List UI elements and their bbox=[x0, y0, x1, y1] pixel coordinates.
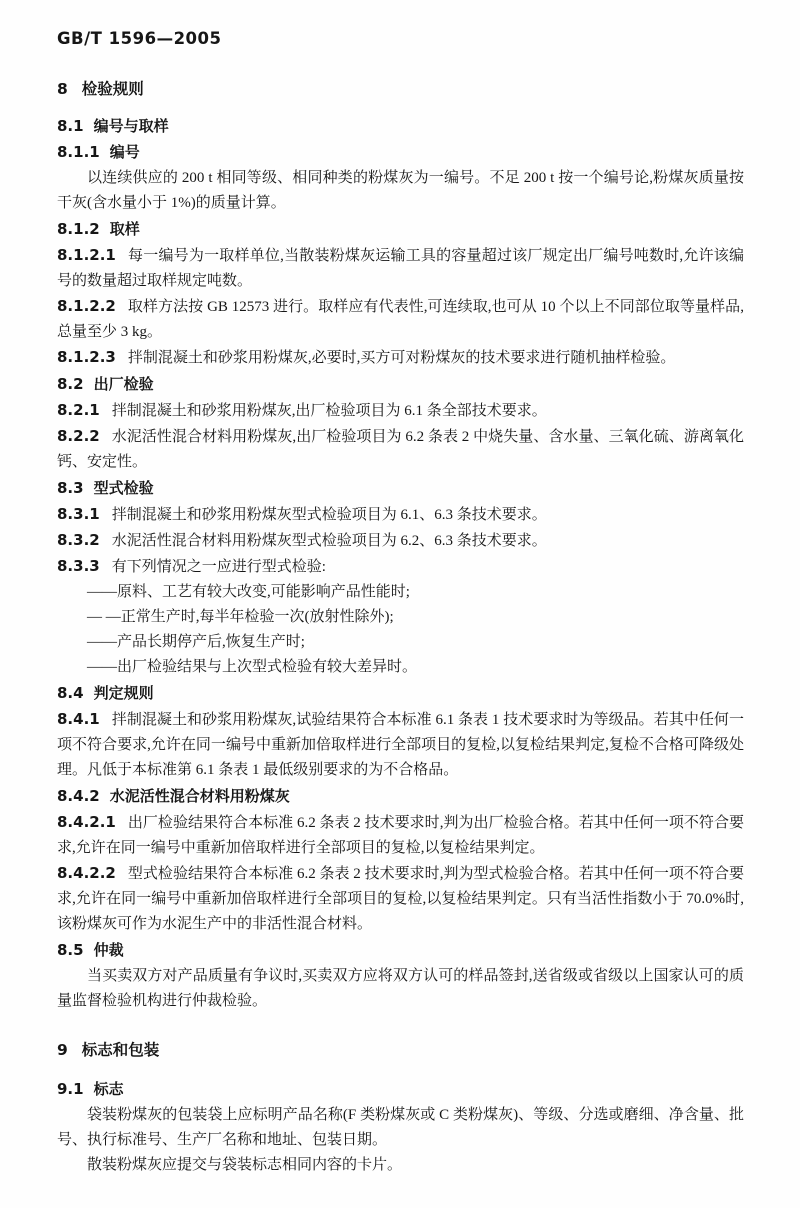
heading-chapter-8: 8检验规则 bbox=[57, 77, 744, 102]
heading-8-5: 8.5仲裁 bbox=[57, 938, 744, 963]
heading-8-5-num: 8.5 bbox=[57, 941, 84, 959]
heading-chapter-8-num: 8 bbox=[57, 80, 68, 98]
heading-chapter-9-num: 9 bbox=[57, 1041, 68, 1059]
clause-8-4-2-2-text: 型式检验结果符合本标准 6.2 条表 2 技术要求时,判为型式检验合格。若其中任… bbox=[57, 866, 744, 932]
clause-8-1-2-3-text: 拌制混凝土和砂浆用粉煤灰,必要时,买方可对粉煤灰的技术要求进行随机抽样检验。 bbox=[128, 350, 676, 366]
paragraph-8-1-1: 以连续供应的 200 t 相同等级、相同种类的粉煤灰为一编号。不足 200 t … bbox=[57, 166, 744, 216]
heading-8-1-num: 8.1 bbox=[57, 117, 84, 135]
heading-8-4-2: 8.4.2水泥活性混合材料用粉煤灰 bbox=[57, 784, 744, 809]
heading-chapter-8-title: 检验规则 bbox=[82, 80, 144, 98]
standard-number: GB/T 1596—2005 bbox=[57, 26, 744, 51]
clause-8-4-1-num: 8.4.1 bbox=[57, 710, 100, 728]
clause-8-3-3-num: 8.3.3 bbox=[57, 557, 100, 575]
heading-8-1: 8.1编号与取样 bbox=[57, 114, 744, 139]
clause-8-3-3: 8.3.3有下列情况之一应进行型式检验: bbox=[57, 554, 744, 580]
clause-8-2-2: 8.2.2水泥活性混合材料用粉煤灰,出厂检验项目为 6.2 条表 2 中烧失量、… bbox=[57, 424, 744, 475]
clause-8-3-1-num: 8.3.1 bbox=[57, 505, 100, 523]
clause-8-4-2-1-num: 8.4.2.1 bbox=[57, 813, 116, 831]
heading-chapter-9: 9标志和包装 bbox=[57, 1038, 744, 1063]
heading-8-1-1: 8.1.1编号 bbox=[57, 140, 744, 165]
heading-9-1: 9.1标志 bbox=[57, 1077, 744, 1102]
clause-8-1-2-2-num: 8.1.2.2 bbox=[57, 297, 116, 315]
heading-8-1-2-num: 8.1.2 bbox=[57, 220, 100, 238]
clause-8-1-2-2-text: 取样方法按 GB 12573 进行。取样应有代表性,可连续取,也可从 10 个以… bbox=[57, 299, 744, 340]
clause-8-4-1: 8.4.1拌制混凝土和砂浆用粉煤灰,试验结果符合本标准 6.1 条表 1 技术要… bbox=[57, 707, 744, 783]
heading-8-5-title: 仲裁 bbox=[94, 941, 124, 959]
paragraph-9-1-bagged: 袋装粉煤灰的包装袋上应标明产品名称(F 类粉煤灰或 C 类粉煤灰)、等级、分选或… bbox=[57, 1103, 744, 1153]
clause-8-3-3-text: 有下列情况之一应进行型式检验: bbox=[112, 559, 326, 575]
heading-9-1-title: 标志 bbox=[94, 1080, 124, 1098]
clause-8-1-2-1-text: 每一编号为一取样单位,当散装粉煤灰运输工具的容量超过该厂规定出厂编号吨数时,允许… bbox=[57, 248, 744, 289]
clause-8-4-2-1-text: 出厂检验结果符合本标准 6.2 条表 2 技术要求时,判为出厂检验合格。若其中任… bbox=[57, 815, 744, 856]
clause-8-4-2-2-num: 8.4.2.2 bbox=[57, 864, 116, 882]
clause-8-1-2-3-num: 8.1.2.3 bbox=[57, 348, 116, 366]
heading-8-3-title: 型式检验 bbox=[94, 479, 154, 497]
heading-8-2-title: 出厂检验 bbox=[94, 375, 154, 393]
clause-8-2-1-num: 8.2.1 bbox=[57, 401, 100, 419]
clause-8-4-2-2: 8.4.2.2型式检验结果符合本标准 6.2 条表 2 技术要求时,判为型式检验… bbox=[57, 861, 744, 937]
heading-chapter-9-title: 标志和包装 bbox=[82, 1041, 160, 1059]
clause-8-4-1-text: 拌制混凝土和砂浆用粉煤灰,试验结果符合本标准 6.1 条表 1 技术要求时为等级… bbox=[57, 712, 744, 778]
paragraph-9-1-bulk: 散装粉煤灰应提交与袋装标志相同内容的卡片。 bbox=[57, 1153, 744, 1178]
clause-8-2-1-text: 拌制混凝土和砂浆用粉煤灰,出厂检验项目为 6.1 条全部技术要求。 bbox=[112, 403, 547, 419]
type-test-condition-4: ——出厂检验结果与上次型式检验有较大差异时。 bbox=[57, 655, 744, 680]
clause-8-1-2-3: 8.1.2.3拌制混凝土和砂浆用粉煤灰,必要时,买方可对粉煤灰的技术要求进行随机… bbox=[57, 345, 744, 371]
paragraph-8-5: 当买卖双方对产品质量有争议时,买卖双方应将双方认可的样品签封,送省级或省级以上国… bbox=[57, 964, 744, 1014]
clause-8-3-2-text: 水泥活性混合材料用粉煤灰型式检验项目为 6.2、6.3 条技术要求。 bbox=[112, 533, 547, 549]
heading-8-1-1-num: 8.1.1 bbox=[57, 143, 100, 161]
heading-8-4-title: 判定规则 bbox=[94, 684, 154, 702]
heading-8-1-2: 8.1.2取样 bbox=[57, 217, 744, 242]
clause-8-2-2-num: 8.2.2 bbox=[57, 427, 100, 445]
clause-8-3-2-num: 8.3.2 bbox=[57, 531, 100, 549]
heading-8-1-title: 编号与取样 bbox=[94, 117, 169, 135]
clause-8-3-1: 8.3.1拌制混凝土和砂浆用粉煤灰型式检验项目为 6.1、6.3 条技术要求。 bbox=[57, 502, 744, 528]
clause-8-4-2-1: 8.4.2.1出厂检验结果符合本标准 6.2 条表 2 技术要求时,判为出厂检验… bbox=[57, 810, 744, 861]
type-test-condition-2: — —正常生产时,每半年检验一次(放射性除外); bbox=[57, 605, 744, 630]
clause-8-3-2: 8.3.2水泥活性混合材料用粉煤灰型式检验项目为 6.2、6.3 条技术要求。 bbox=[57, 528, 744, 554]
heading-9-1-num: 9.1 bbox=[57, 1080, 84, 1098]
document-page: GB/T 1596—2005 8检验规则 8.1编号与取样 8.1.1编号 以连… bbox=[0, 0, 800, 1208]
heading-8-4-2-title: 水泥活性混合材料用粉煤灰 bbox=[110, 787, 290, 805]
heading-8-4-2-num: 8.4.2 bbox=[57, 787, 100, 805]
heading-8-4-num: 8.4 bbox=[57, 684, 84, 702]
type-test-condition-3: ——产品长期停产后,恢复生产时; bbox=[57, 630, 744, 655]
heading-8-2: 8.2出厂检验 bbox=[57, 372, 744, 397]
type-test-condition-1: ——原料、工艺有较大改变,可能影响产品性能时; bbox=[57, 580, 744, 605]
heading-8-2-num: 8.2 bbox=[57, 375, 84, 393]
heading-8-1-2-title: 取样 bbox=[110, 220, 140, 238]
clause-8-1-2-1: 8.1.2.1每一编号为一取样单位,当散装粉煤灰运输工具的容量超过该厂规定出厂编… bbox=[57, 243, 744, 294]
heading-8-4: 8.4判定规则 bbox=[57, 681, 744, 706]
clause-8-2-1: 8.2.1拌制混凝土和砂浆用粉煤灰,出厂检验项目为 6.1 条全部技术要求。 bbox=[57, 398, 744, 424]
heading-8-3: 8.3型式检验 bbox=[57, 476, 744, 501]
clause-8-2-2-text: 水泥活性混合材料用粉煤灰,出厂检验项目为 6.2 条表 2 中烧失量、含水量、三… bbox=[57, 429, 744, 470]
clause-8-1-2-2: 8.1.2.2取样方法按 GB 12573 进行。取样应有代表性,可连续取,也可… bbox=[57, 294, 744, 345]
heading-8-1-1-title: 编号 bbox=[110, 143, 140, 161]
clause-8-1-2-1-num: 8.1.2.1 bbox=[57, 246, 116, 264]
clause-8-3-1-text: 拌制混凝土和砂浆用粉煤灰型式检验项目为 6.1、6.3 条技术要求。 bbox=[112, 507, 547, 523]
heading-8-3-num: 8.3 bbox=[57, 479, 84, 497]
